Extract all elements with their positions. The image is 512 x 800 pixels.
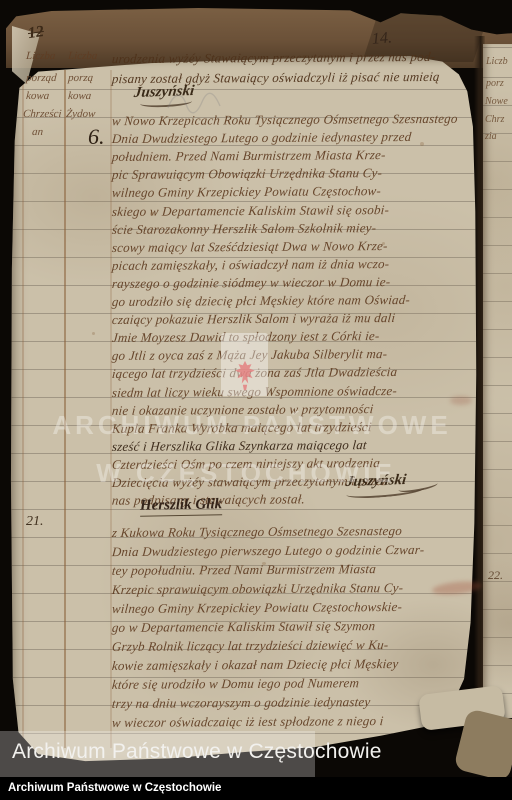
entry-number-21: 21.	[26, 514, 44, 530]
manuscript-line: Grzyb Rolnik liczący lat trzydzieści dzi…	[111, 637, 389, 655]
margin-word: Chrześci	[23, 108, 62, 121]
foxing-spot	[420, 142, 424, 146]
next-page-fragment: zia	[485, 131, 497, 142]
manuscript-line: urodzenia wyżéy Stawaiącym przeczytanym …	[111, 49, 436, 67]
manuscript-text-layer: 1214.LiczbaporządkowaChrześcianLiczbapor…	[0, 0, 512, 800]
witness-signature: Herszlik Glik	[140, 496, 222, 516]
footer-bar: Archiwum Państwowe w Częstochowie	[0, 777, 512, 800]
manuscript-line: skiego w Departamencie Kaliskim Stawił s…	[111, 202, 389, 220]
margin-word: an	[32, 126, 44, 139]
manuscript-line: pic Sprawuiącym Obowiązki Urzędnika Stan…	[111, 165, 383, 183]
manuscript-line: w wieczor oświadczaiąc iż iest spłodzone…	[111, 713, 384, 731]
manuscript-line: scowy maiący lat Sześćdziesiąt Dwa w Now…	[111, 238, 388, 256]
manuscript-line: trzy na dniu wczorayszym o godzinie iedy…	[111, 694, 371, 712]
manuscript-line: go urodziło się dziecię płci Męskiey któ…	[111, 292, 410, 310]
archival-scan-viewer: 1214.LiczbaporządkowaChrześcianLiczbapor…	[0, 0, 512, 800]
struck-number: 12	[27, 23, 45, 43]
manuscript-line: kowie zamięszkały i okazał nam Dziecię p…	[111, 656, 399, 674]
foxing-spot	[92, 332, 95, 335]
archive-banner-text: Archiwum Państwowe w Częstochowie	[12, 740, 382, 764]
archive-logo-watermark	[221, 333, 268, 396]
archive-overlay-banner: Archiwum Państwowe w Częstochowie	[0, 731, 315, 777]
foxing-spot	[382, 242, 385, 245]
page-number: 14.	[371, 29, 392, 48]
manuscript-line: czaiący pokazuie Herszlik Salom i wyraża…	[111, 310, 396, 328]
footer-bar-text: Archiwum Państwowe w Częstochowie	[8, 777, 221, 800]
manuscript-line: Krzepic sprawuiącym obowiązki Urzędnika …	[111, 580, 404, 598]
manuscript-line: tey popołudniu. Przed Nami Burmistrzem M…	[111, 561, 376, 579]
archive-watermark-line1: ARCHIWUM PAŃSTWOWE	[52, 410, 451, 441]
foxing-spot	[150, 212, 154, 216]
manuscript-line: go w Departamencie Kaliskim Stawił się S…	[111, 618, 376, 636]
manuscript-line: Dnia Dwudziestego Lutego o godzinie iedy…	[111, 129, 412, 147]
manuscript-line: w Nowo Krzepicach Roku Tysiącznego Ośmse…	[111, 111, 458, 129]
margin-word: porząd	[26, 72, 57, 85]
next-page-fragment: Nowe	[485, 96, 508, 107]
next-page-fragment: porz	[486, 78, 504, 89]
next-page-entry-number: 22.	[488, 568, 503, 583]
manuscript-line: które się urodziło w Domu iego pod Numer…	[111, 675, 360, 693]
margin-word: Żydow	[66, 108, 96, 121]
pencil-scribble	[166, 90, 222, 114]
margin-word: kowa	[68, 90, 92, 103]
manuscript-line: wilnego Gminy Krzepickiey Powiatu Często…	[111, 599, 402, 617]
margin-word: kowa	[26, 90, 50, 103]
margin-word: Liczba	[26, 50, 56, 63]
next-page-fragment: Chrz	[485, 114, 504, 125]
archive-watermark-line2: W CZĘSTOCHOWIE	[96, 458, 396, 489]
foxing-spot	[300, 662, 303, 665]
manuscript-line: południem. Przed Nami Burmistrzem Miasta…	[111, 147, 386, 165]
next-page-fragment: Liczb	[486, 56, 508, 67]
manuscript-line: wilnego Gminy Krzepickiey Powiatu Często…	[111, 183, 381, 201]
manuscript-line: rayszego o godzinie siódmey w wieczor w …	[111, 274, 391, 292]
ink-smudge	[450, 396, 472, 405]
foxing-spot	[262, 562, 266, 565]
entry-number-6: 6.	[88, 124, 105, 150]
manuscript-line: picach zamięszkały, i oświadczył nam iż …	[111, 256, 390, 274]
manuscript-line: Dnia Dwudziestego pierwszego Lutego o go…	[111, 542, 425, 560]
eagle-icon	[232, 354, 258, 396]
manuscript-line: ście Starozakonny Herszlik Salom Szkolni…	[111, 220, 377, 238]
margin-word: Liczba	[68, 50, 98, 63]
manuscript-line: z Kukowa Roku Tysiącznego Ośmsetnego Sze…	[111, 523, 402, 541]
margin-word: porzą	[68, 72, 94, 85]
